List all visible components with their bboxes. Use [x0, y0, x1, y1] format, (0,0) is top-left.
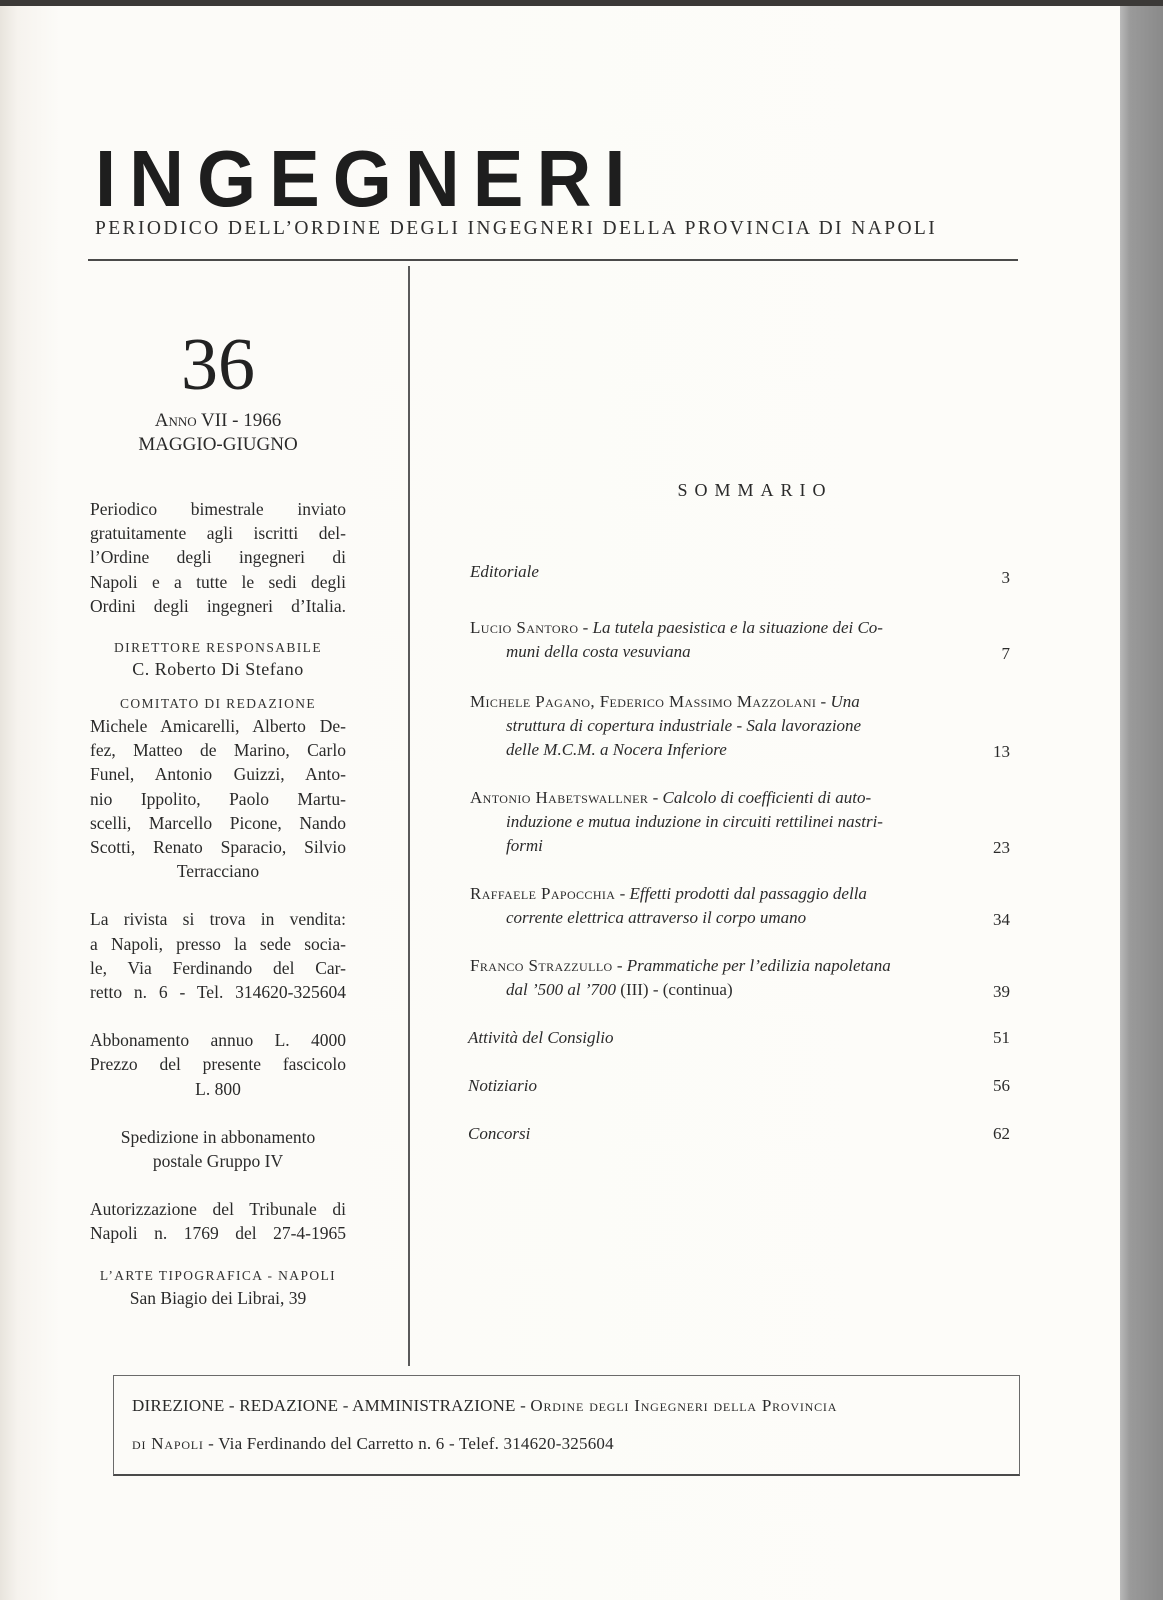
toc-entry[interactable]: Notiziario 56 — [480, 1074, 1010, 1098]
toc-page: 51 — [960, 1026, 1010, 1050]
description-line: l’Ordine degli ingegneri di — [90, 545, 346, 569]
price-block: Abbonamento annuo L. 4000 Prezzo del pre… — [90, 1028, 346, 1101]
authorization-line: Autorizzazione del Tribunale di — [90, 1197, 346, 1221]
address-line-1: DIREZIONE - REDAZIONE - AMMINISTRAZIONE … — [132, 1396, 837, 1416]
header-divider — [88, 259, 1018, 261]
issue-number: 36 — [90, 325, 346, 405]
address-street: - Via Ferdinando del Carretto n. 6 - Tel… — [204, 1434, 614, 1453]
anno-value: VII - 1966 — [201, 410, 281, 431]
masthead-title: INGEGNERI — [95, 140, 639, 220]
shipping-line: Spedizione in abbonamento — [90, 1125, 346, 1149]
address-city: di Napoli — [132, 1434, 204, 1453]
toc-separator: - — [578, 618, 592, 637]
toc-author: Antonio Habetswallner — [470, 788, 648, 807]
description-block: Periodico bimestrale inviato gratuitamen… — [90, 497, 346, 618]
committee-line: Scotti, Renato Sparacio, Silvio — [90, 835, 346, 859]
toc-suffix: (III) - (continua) — [616, 980, 733, 999]
sommario-title: SOMMARIO — [610, 480, 900, 501]
scan-right-edge — [1120, 6, 1163, 1600]
toc-text: Michele Pagano, Federico Massimo Mazzola… — [470, 690, 940, 762]
sale-block: La rivista si trova in vendita: a Napoli… — [90, 907, 346, 1004]
description-line: Periodico bimestrale inviato — [90, 497, 346, 521]
toc-title: Prammatiche per l’edilizia napoletana — [627, 956, 891, 975]
price-line: Prezzo del presente fascicolo — [90, 1052, 346, 1076]
toc-page: 13 — [960, 740, 1010, 764]
masthead-subtitle: PERIODICO DELL’ORDINE DEGLI INGEGNERI DE… — [95, 218, 1025, 240]
toc-page: 34 — [960, 908, 1010, 932]
price-line: L. 800 — [90, 1077, 346, 1101]
sale-line: La rivista si trova in vendita: — [90, 907, 346, 931]
toc-title: Concorsi — [468, 1122, 938, 1146]
committee-line: Michele Amicarelli, Alberto De- — [90, 714, 346, 738]
toc-text: Franco Strazzullo - Prammatiche per l’ed… — [470, 954, 940, 1002]
address-line-2: di Napoli - Via Ferdinando del Carretto … — [132, 1434, 614, 1454]
toc-title-continued: delle M.C.M. a Nocera Inferiore — [470, 738, 940, 762]
committee-line: fez, Matteo de Marino, Carlo — [90, 738, 346, 762]
director-name: C. Roberto Di Stefano — [90, 658, 346, 680]
authorization-block: Autorizzazione del Tribunale di Napoli n… — [90, 1197, 346, 1245]
toc-text: Raffaele Papocchia - Effetti prodotti da… — [470, 882, 940, 930]
toc-page: 7 — [960, 642, 1010, 666]
toc-entry[interactable]: Raffaele Papocchia - Effetti prodotti da… — [480, 882, 1010, 930]
committee-block: Michele Amicarelli, Alberto De- fez, Mat… — [90, 714, 346, 883]
sale-line: a Napoli, presso la sede socia- — [90, 932, 346, 956]
sale-line: le, Via Ferdinando del Car- — [90, 956, 346, 980]
toc-entry[interactable]: Concorsi 62 — [480, 1122, 1010, 1146]
toc-entry[interactable]: Michele Pagano, Federico Massimo Mazzola… — [480, 690, 1010, 762]
issue-period: MAGGIO-GIUGNO — [90, 433, 346, 457]
committee-line: nio Ippolito, Paolo Martu- — [90, 787, 346, 811]
toc-title: Calcolo di coefficienti di auto- — [662, 788, 871, 807]
committee-line: Terracciano — [90, 859, 346, 883]
toc-title: Editoriale — [470, 560, 940, 584]
toc-title: Una — [830, 692, 859, 711]
toc-entry[interactable]: Franco Strazzullo - Prammatiche per l’ed… — [480, 954, 1010, 1002]
toc-page: 56 — [960, 1074, 1010, 1098]
toc-entry[interactable]: Antonio Habetswallner - Calcolo di coeff… — [480, 786, 1010, 858]
toc-separator: - — [615, 884, 629, 903]
toc-entry[interactable]: Lucio Santoro - La tutela paesistica e l… — [480, 616, 1010, 664]
toc-text: Lucio Santoro - La tutela paesistica e l… — [470, 616, 940, 664]
toc-title-continued: corrente elettrica attraverso il corpo u… — [470, 906, 940, 930]
anno-label: Anno — [155, 410, 197, 431]
toc-separator: - — [648, 788, 662, 807]
toc-page: 23 — [960, 836, 1010, 860]
toc-title-continued: formi — [470, 834, 940, 858]
toc-page: 39 — [960, 980, 1010, 1004]
toc-title-continued: induzione e mutua induzione in circuiti … — [470, 810, 940, 834]
toc-text: Antonio Habetswallner - Calcolo di coeff… — [470, 786, 940, 858]
toc-separator: - — [816, 692, 830, 711]
toc-title-part: dal ’500 al ’700 — [506, 980, 616, 999]
toc-title-continued: muni della costa vesuviana — [470, 640, 940, 664]
printer-label: L’Arte Tipografica - Napoli — [90, 1266, 346, 1286]
toc-title-continued: dal ’500 al ’700 (III) - (continua) — [470, 978, 940, 1002]
toc-author: Lucio Santoro — [470, 618, 578, 637]
toc-title: Attività del Consiglio — [468, 1026, 938, 1050]
toc-title-continued: struttura di copertura industriale - Sal… — [470, 714, 940, 738]
toc-author: Raffaele Papocchia — [470, 884, 615, 903]
issue-year: Anno VII - 1966 — [90, 409, 346, 433]
toc-page: 3 — [960, 566, 1010, 590]
column-divider — [408, 266, 410, 1366]
publisher-address-box: DIREZIONE - REDAZIONE - AMMINISTRAZIONE … — [113, 1375, 1020, 1476]
address-org: Ordine degli Ingegneri della Provincia — [530, 1396, 837, 1415]
committee-line: Funel, Antonio Guizzi, Anto- — [90, 762, 346, 786]
toc-entry[interactable]: Editoriale 3 — [480, 560, 1010, 584]
address-main: DIREZIONE - REDAZIONE - AMMINISTRAZIONE … — [132, 1396, 530, 1415]
authorization-line: Napoli n. 1769 del 27-4-1965 — [90, 1221, 346, 1245]
shipping-line: postale Gruppo IV — [90, 1149, 346, 1173]
sale-line: retto n. 6 - Tel. 314620-325604 — [90, 980, 346, 1004]
colophon-column: 36 Anno VII - 1966 MAGGIO-GIUGNO Periodi… — [90, 300, 346, 1310]
committee-line: scelli, Marcello Picone, Nando — [90, 811, 346, 835]
printer-address: San Biagio dei Librai, 39 — [90, 1286, 346, 1310]
director-label: Direttore responsabile — [90, 638, 346, 658]
toc-separator: - — [613, 956, 627, 975]
toc-title: Effetti prodotti dal passaggio della — [630, 884, 867, 903]
toc-author: Michele Pagano, Federico Massimo Mazzola… — [470, 692, 816, 711]
toc-page: 62 — [960, 1122, 1010, 1146]
description-line: gratuitamente agli iscritti del- — [90, 521, 346, 545]
committee-label: Comitato di redazione — [90, 694, 346, 714]
description-line: Napoli e a tutte le sedi degli — [90, 570, 346, 594]
toc-title: Notiziario — [468, 1074, 938, 1098]
description-line: Ordini degli ingegneri d’Italia. — [90, 594, 346, 618]
toc-title: La tutela paesistica e la situazione dei… — [593, 618, 883, 637]
shipping-block: Spedizione in abbonamento postale Gruppo… — [90, 1125, 346, 1173]
price-line: Abbonamento annuo L. 4000 — [90, 1028, 346, 1052]
toc-author: Franco Strazzullo — [470, 956, 613, 975]
toc-entry[interactable]: Attività del Consiglio 51 — [480, 1026, 1010, 1050]
